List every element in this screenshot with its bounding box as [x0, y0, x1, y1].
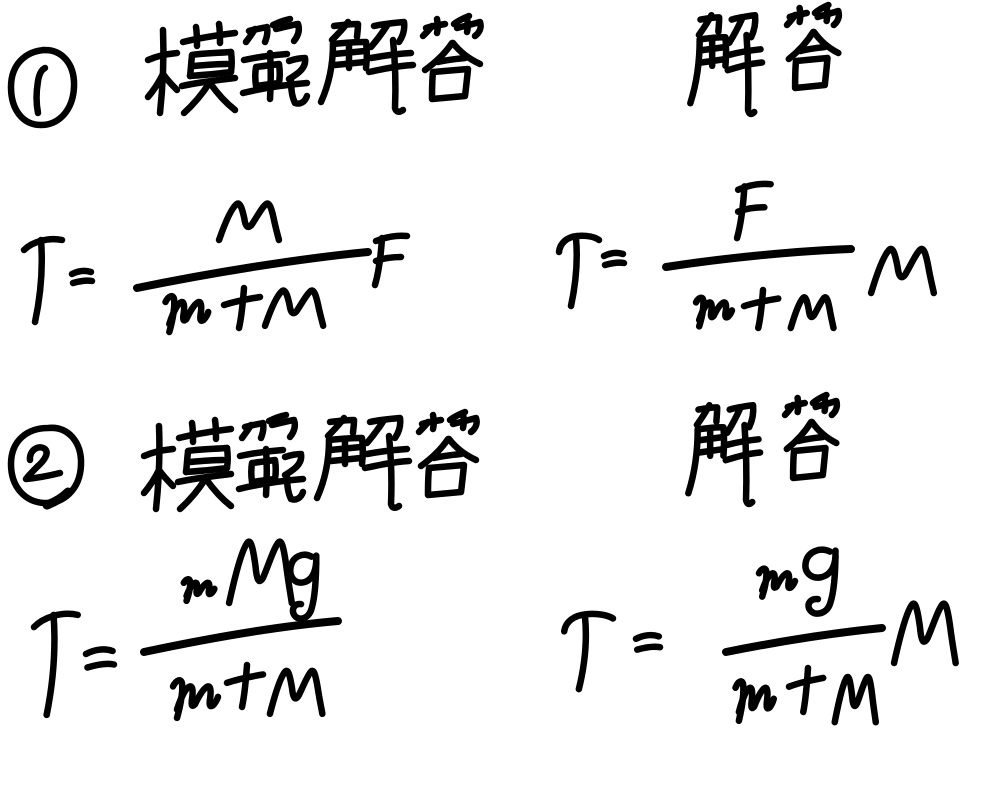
- handwritten-note-page: ① 模範解答 T = M/(m+M) F 解答 T = F/(m+M) M ② …: [0, 0, 999, 803]
- problem-1-number-badge: [11, 50, 74, 125]
- problem-1-answer-label-handwriting: [690, 5, 839, 114]
- problem-1-answer-formula-handwriting: [559, 184, 934, 328]
- handwriting-canvas: [0, 0, 999, 803]
- problem-2-answer-formula-handwriting: [564, 550, 955, 722]
- problem-2-answer-label-handwriting: [688, 395, 837, 504]
- problem-1-model-formula-handwriting: [24, 204, 407, 332]
- problem-1-model-label-handwriting: [148, 16, 481, 113]
- problem-2-model-formula-handwriting: [34, 542, 338, 718]
- problem-2-number-badge: [11, 428, 81, 505]
- problem-2-model-label-handwriting: [144, 412, 477, 509]
